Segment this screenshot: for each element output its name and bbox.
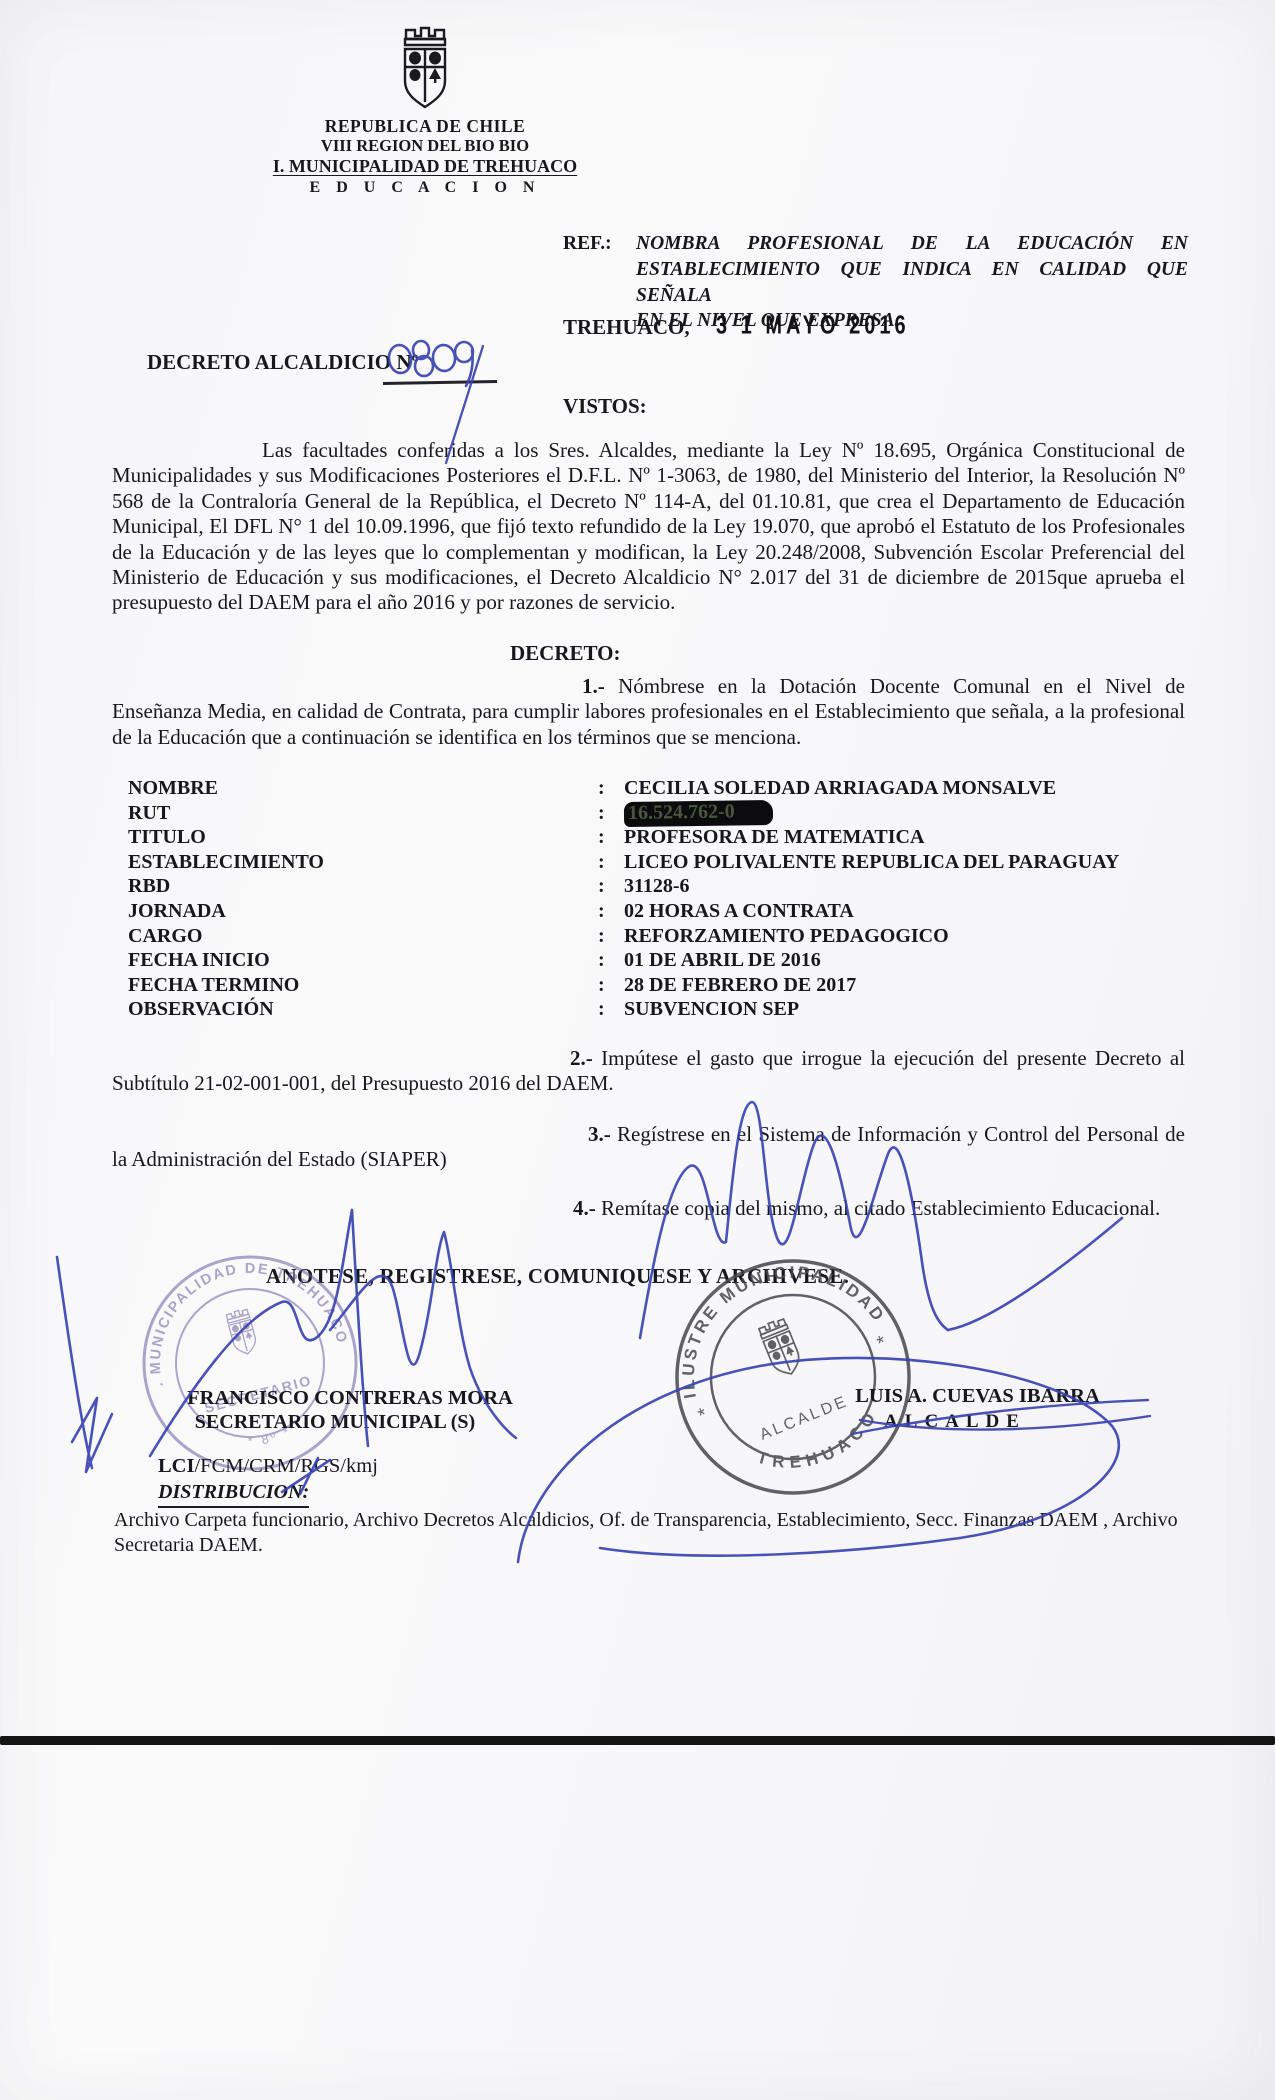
- header-department: E D U C A C I O N: [225, 175, 625, 200]
- point-paragraph-3: 3.- Regístrese en el Sistema de Informac…: [112, 1122, 1185, 1173]
- point-number: 1.-: [582, 674, 605, 698]
- mayor-title: ALCALDE: [780, 1409, 1130, 1434]
- record-value: PROFESORA DE MATEMATICA: [624, 825, 1188, 850]
- mayor-stamp-top-text: ILUSTRE MUNICIPALIDAD: [646, 1229, 891, 1404]
- record-label: FECHA INICIO: [128, 948, 598, 973]
- record-colon: :: [598, 874, 624, 899]
- record-label: OBSERVACIÓN: [128, 997, 598, 1022]
- dateline-city: TREHUACO,: [563, 315, 690, 340]
- point-text: Remítase copia del mismo, al citado Esta…: [601, 1196, 1160, 1220]
- secretary-stamp-ring-text: I. MUNICIPALIDAD DE TREHUACO: [103, 1214, 350, 1399]
- vistos-label: VISTOS:: [563, 394, 647, 419]
- initials-bold: LCI: [158, 1455, 194, 1477]
- distribution-text: Archivo Carpeta funcionario, Archivo Dec…: [114, 1508, 1192, 1559]
- record-row: TITULO : PROFESORA DE MATEMATICA: [128, 825, 1188, 850]
- secretary-name: FRANCISCO CONTRERAS MORA: [150, 1386, 550, 1411]
- scanner-artifact-line: [0, 1736, 1275, 1745]
- record-label: NOMBRE: [128, 776, 598, 801]
- record-value: REFORZAMIENTO PEDAGOGICO: [624, 924, 1188, 949]
- distribution-label: DISTRIBUCION:: [158, 1480, 309, 1508]
- record-colon: :: [598, 899, 624, 924]
- date-stamp: 3 1 MAYO 2016: [716, 310, 910, 343]
- record-value: LICEO POLIVALENTE REPUBLICA DEL PARAGUAY: [624, 850, 1188, 875]
- record-value: 28 DE FEBRERO DE 2017: [624, 973, 1188, 998]
- point-paragraph-4: 4.- Remítase copia del mismo, al citado …: [112, 1196, 1185, 1221]
- record-row: RUT : 16.524.762-0: [128, 801, 1188, 826]
- decree-number-label: DECRETO ALCALDICIO Nº: [147, 350, 418, 375]
- record-value: 02 HORAS A CONTRATA: [624, 899, 1188, 924]
- record-value: CECILIA SOLEDAD ARRIAGADA MONSALVE: [624, 776, 1188, 801]
- initials-rest: /FCM/CRM/RGS/kmj: [194, 1455, 377, 1477]
- record-colon: :: [598, 825, 624, 850]
- record-value: SUBVENCION SEP: [624, 997, 1188, 1022]
- record-row: OBSERVACIÓN : SUBVENCION SEP: [128, 997, 1188, 1022]
- mayor-stamp-right-asterisk: *: [874, 1332, 890, 1355]
- vistos-paragraph: Las facultades conferidas a los Sres. Al…: [112, 438, 1185, 616]
- decreto-label: DECRETO:: [510, 641, 620, 666]
- record-colon: :: [598, 776, 624, 801]
- mayor-stamp-left-asterisk: *: [695, 1404, 711, 1427]
- initials-line: LCI/FCM/CRM/RGS/kmj: [158, 1454, 378, 1479]
- record-row: RBD : 31128-6: [128, 874, 1188, 899]
- record-label: RBD: [128, 874, 598, 899]
- secretary-round-stamp: I. MUNICIPALIDAD DE TREHUACO * 8º * SECR…: [135, 1248, 365, 1478]
- record-colon: :: [598, 997, 624, 1022]
- decree-number-underline: [383, 380, 497, 384]
- record-row: NOMBRE : CECILIA SOLEDAD ARRIAGADA MONSA…: [128, 776, 1188, 801]
- record-label: ESTABLECIMIENTO: [128, 850, 598, 875]
- ref-label: REF.:: [563, 231, 612, 256]
- point-text: Nómbrese en la Dotación Docente Comunal …: [112, 674, 1185, 749]
- record-label: TITULO: [128, 825, 598, 850]
- ref-line: NOMBRA PROFESIONAL DE LA EDUCACIÓN EN: [636, 231, 1188, 257]
- point-text: Impútese el gasto que irrogue la ejecuci…: [112, 1046, 1185, 1095]
- record-row: JORNADA : 02 HORAS A CONTRATA: [128, 899, 1188, 924]
- record-label: FECHA TERMINO: [128, 973, 598, 998]
- record-row: FECHA TERMINO : 28 DE FEBRERO DE 2017: [128, 973, 1188, 998]
- svg-text:I. MUNICIPALIDAD DE TREHUACO: I. MUNICIPALIDAD DE TREHUACO: [103, 1214, 350, 1399]
- record-row: ESTABLECIMIENTO : LICEO POLIVALENTE REPU…: [128, 850, 1188, 875]
- municipal-coat-of-arms-icon: [394, 22, 456, 116]
- point-paragraph-1: 1.- Nómbrese en la Dotación Docente Comu…: [112, 674, 1185, 750]
- record-label: RUT: [128, 801, 598, 826]
- record-table: NOMBRE : CECILIA SOLEDAD ARRIAGADA MONSA…: [128, 776, 1188, 1022]
- point-number: 2.-: [570, 1046, 593, 1070]
- record-colon: :: [598, 850, 624, 875]
- mayor-name: LUIS A. CUEVAS IBARRA: [780, 1384, 1175, 1409]
- svg-text:ILUSTRE MUNICIPALIDAD: ILUSTRE MUNICIPALIDAD: [646, 1229, 891, 1404]
- point-text: Regístrese en el Sistema de Información …: [112, 1122, 1185, 1171]
- record-label: JORNADA: [128, 899, 598, 924]
- point-number: 3.-: [588, 1122, 611, 1146]
- mayor-round-stamp: ILUSTRE MUNICIPALIDAD TREHUACO * * ALCAL…: [668, 1252, 918, 1502]
- record-row: CARGO : REFORZAMIENTO PEDAGOGICO: [128, 924, 1188, 949]
- record-value: 16.524.762-0: [624, 800, 773, 827]
- record-value: 31128-6: [624, 874, 1188, 899]
- ref-line: ESTABLECIMIENTO QUE INDICA EN CALIDAD QU…: [636, 257, 1188, 309]
- secretary-title: SECRETARIO MUNICIPAL (S): [135, 1410, 535, 1435]
- point-paragraph-2: 2.- Impútese el gasto que irrogue la eje…: [112, 1046, 1185, 1097]
- point-number: 4.-: [573, 1196, 596, 1220]
- scanned-decree-page: REPUBLICA DE CHILE VIII REGION DEL BIO B…: [0, 0, 1275, 2100]
- record-row: FECHA INICIO : 01 DE ABRIL DE 2016: [128, 948, 1188, 973]
- record-colon: :: [598, 973, 624, 998]
- record-value: 01 DE ABRIL DE 2016: [624, 948, 1188, 973]
- record-label: CARGO: [128, 924, 598, 949]
- record-colon: :: [598, 801, 624, 826]
- record-colon: :: [598, 948, 624, 973]
- record-colon: :: [598, 924, 624, 949]
